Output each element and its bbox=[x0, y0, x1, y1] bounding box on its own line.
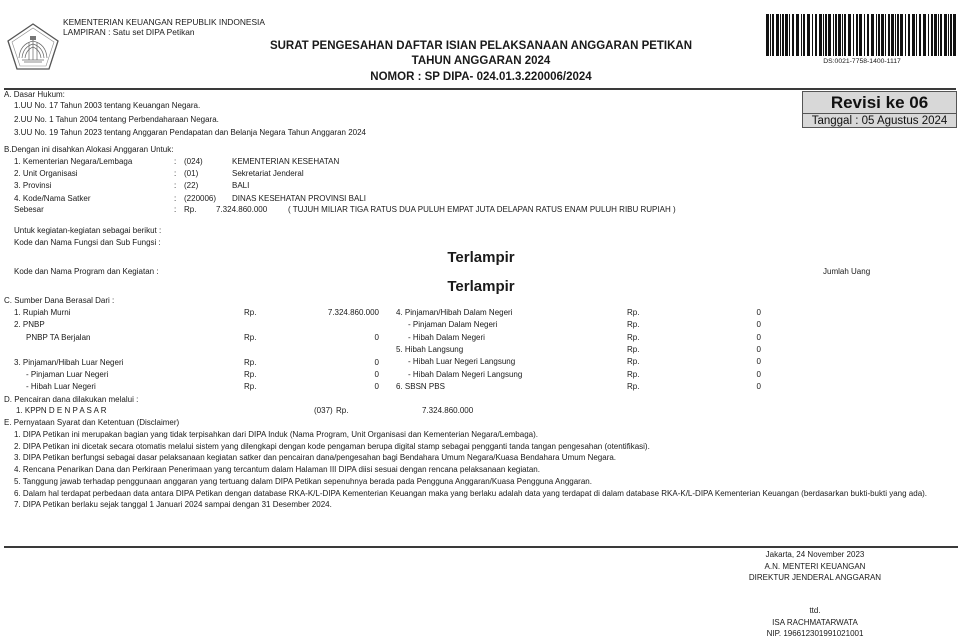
fund-source-label: - Hibah Dalam Negeri bbox=[408, 333, 485, 343]
section-e-heading: E. Pernyataan Syarat dan Ketentuan (Disc… bbox=[4, 418, 179, 428]
allocation-code: (024) bbox=[184, 157, 203, 167]
allocation-label: 2. Unit Organisasi bbox=[14, 169, 78, 179]
sebesar-words: ( TUJUH MILIAR TIGA RATUS DUA PULUH EMPA… bbox=[288, 205, 676, 215]
allocation-code: (01) bbox=[184, 169, 198, 179]
section-b-heading: B.Dengan ini disahkan Alokasi Anggaran U… bbox=[4, 145, 173, 155]
sebesar-colon: : bbox=[174, 205, 176, 215]
revision-date: Tanggal : 05 Agustus 2024 bbox=[803, 115, 956, 127]
allocation-colon: : bbox=[174, 181, 176, 191]
sebesar-label: Sebesar bbox=[14, 205, 44, 215]
fund-source-label: 6. SBSN PBS bbox=[396, 382, 445, 392]
fund-source-currency: Rp. bbox=[244, 382, 256, 392]
signature-ttd: ttd. bbox=[690, 606, 940, 615]
lampiran-label: LAMPIRAN : Satu set DIPA Petikan bbox=[63, 27, 195, 37]
disclaimer-item: 5. Tanggung jawab terhadap penggunaan an… bbox=[14, 477, 592, 487]
barcode-text: DS:0021-7758-1400-1117 bbox=[766, 58, 958, 65]
footer-divider bbox=[4, 546, 958, 548]
allocation-colon: : bbox=[174, 194, 176, 204]
section-c-heading: C. Sumber Dana Berasal Dari : bbox=[4, 296, 114, 306]
fund-source-label: 4. Pinjaman/Hibah Dalam Negeri bbox=[396, 308, 513, 318]
header-divider bbox=[4, 88, 956, 90]
fungsi-value: Terlampir bbox=[0, 249, 962, 266]
fund-source-amount: 0 bbox=[300, 333, 379, 343]
program-label: Kode dan Nama Program dan Kegiatan : bbox=[14, 267, 159, 277]
fund-source-currency: Rp. bbox=[627, 333, 639, 343]
revision-divider bbox=[803, 113, 956, 114]
allocation-value: KEMENTERIAN KESEHATAN bbox=[232, 157, 339, 167]
allocation-label: 4. Kode/Nama Satker bbox=[14, 194, 90, 204]
fund-source-label: - Hibah Dalam Negeri Langsung bbox=[408, 370, 522, 380]
fund-source-currency: Rp. bbox=[244, 358, 256, 368]
document-number: NOMOR : SP DIPA- 024.01.3.220006/2024 bbox=[0, 71, 962, 83]
revision-number: Revisi ke 06 bbox=[803, 93, 956, 113]
fund-source-currency: Rp. bbox=[244, 370, 256, 380]
fungsi-label: Kode dan Nama Fungsi dan Sub Fungsi : bbox=[14, 238, 161, 248]
kppn-currency: Rp. bbox=[336, 406, 348, 416]
disclaimer-item: 7. DIPA Petikan berlaku sejak tanggal 1 … bbox=[14, 500, 332, 510]
sebesar-currency: Rp. bbox=[184, 205, 196, 215]
fund-source-amount: 0 bbox=[700, 308, 761, 318]
legal-basis-item: 2.UU No. 1 Tahun 2004 tentang Perbendaha… bbox=[14, 115, 219, 125]
allocation-label: 3. Provinsi bbox=[14, 181, 51, 191]
signature-name: ISA RACHMATARWATA bbox=[690, 618, 940, 627]
legal-basis-item: 3.UU No. 19 Tahun 2023 tentang Anggaran … bbox=[14, 128, 366, 138]
fund-source-amount: 0 bbox=[700, 357, 761, 367]
fund-source-label: 2. PNBP bbox=[14, 320, 45, 330]
fund-source-currency: Rp. bbox=[627, 320, 639, 330]
kegiatan-label: Untuk kegiatan-kegiatan sebagai berikut … bbox=[14, 226, 161, 236]
signature-position: DIREKTUR JENDERAL ANGGARAN bbox=[690, 573, 940, 582]
fund-source-label: 3. Pinjaman/Hibah Luar Negeri bbox=[14, 358, 123, 368]
fund-source-amount: 0 bbox=[700, 333, 761, 343]
program-value: Terlampir bbox=[0, 278, 962, 295]
allocation-value: DINAS KESEHATAN PROVINSI BALI bbox=[232, 194, 366, 204]
allocation-value: BALI bbox=[232, 181, 249, 191]
allocation-label: 1. Kementerian Negara/Lembaga bbox=[14, 157, 132, 167]
allocation-colon: : bbox=[174, 169, 176, 179]
disclaimer-item: 1. DIPA Petikan ini merupakan bagian yan… bbox=[14, 430, 538, 440]
fund-source-currency: Rp. bbox=[627, 357, 639, 367]
barcode-icon bbox=[766, 14, 958, 56]
fund-source-amount: 0 bbox=[700, 320, 761, 330]
ministry-name: KEMENTERIAN KEUANGAN REPUBLIK INDONESIA bbox=[63, 17, 265, 27]
fund-source-currency: Rp. bbox=[627, 308, 639, 318]
revision-box: Revisi ke 06 Tanggal : 05 Agustus 2024 bbox=[802, 91, 957, 128]
fund-source-currency: Rp. bbox=[627, 370, 639, 380]
disclaimer-item: 6. Dalam hal terdapat perbedaan data ant… bbox=[14, 489, 927, 499]
signature-place-date: Jakarta, 24 November 2023 bbox=[690, 550, 940, 559]
legal-basis-item: 1.UU No. 17 Tahun 2003 tentang Keuangan … bbox=[14, 101, 200, 111]
fund-source-currency: Rp. bbox=[244, 333, 256, 343]
kppn-label: 1. KPPN D E N P A S A R bbox=[16, 406, 107, 416]
sebesar-amount: 7.324.860.000 bbox=[216, 205, 267, 215]
section-d-heading: D. Pencairan dana dilakukan melalui : bbox=[4, 395, 138, 405]
fund-source-label: - Pinjaman Dalam Negeri bbox=[408, 320, 497, 330]
fund-source-amount: 0 bbox=[300, 370, 379, 380]
kppn-code: (037) bbox=[314, 406, 333, 416]
kppn-amount: 7.324.860.000 bbox=[422, 406, 473, 416]
fund-source-label: PNBP TA Berjalan bbox=[26, 333, 90, 343]
fund-source-currency: Rp. bbox=[627, 345, 639, 355]
section-a-heading: A. Dasar Hukum: bbox=[4, 90, 65, 100]
jumlah-uang-label: Jumlah Uang bbox=[823, 267, 870, 277]
fund-source-currency: Rp. bbox=[627, 382, 639, 392]
fund-source-label: 5. Hibah Langsung bbox=[396, 345, 463, 355]
fund-source-label: - Pinjaman Luar Negeri bbox=[26, 370, 108, 380]
fund-source-label: - Hibah Luar Negeri Langsung bbox=[408, 357, 515, 367]
allocation-code: (22) bbox=[184, 181, 198, 191]
fund-source-amount: 0 bbox=[300, 382, 379, 392]
fund-source-amount: 0 bbox=[300, 358, 379, 368]
disclaimer-item: 4. Rencana Penarikan Dana dan Perkiraan … bbox=[14, 465, 540, 475]
fund-source-currency: Rp. bbox=[244, 308, 256, 318]
fund-source-amount: 0 bbox=[700, 382, 761, 392]
allocation-value: Sekretariat Jenderal bbox=[232, 169, 304, 179]
allocation-code: (220006) bbox=[184, 194, 216, 204]
fund-source-label: - Hibah Luar Negeri bbox=[26, 382, 96, 392]
fund-source-amount: 7.324.860.000 bbox=[300, 308, 379, 318]
allocation-colon: : bbox=[174, 157, 176, 167]
fund-source-amount: 0 bbox=[700, 345, 761, 355]
disclaimer-item: 3. DIPA Petikan berfungsi sebagai dasar … bbox=[14, 453, 616, 463]
disclaimer-item: 2. DIPA Petikan ini dicetak secara otoma… bbox=[14, 442, 650, 452]
signature-nip: NIP. 196612301991021001 bbox=[690, 629, 940, 638]
fund-source-label: 1. Rupiah Murni bbox=[14, 308, 70, 318]
signature-on-behalf: A.N. MENTERI KEUANGAN bbox=[690, 562, 940, 571]
fund-source-amount: 0 bbox=[700, 370, 761, 380]
